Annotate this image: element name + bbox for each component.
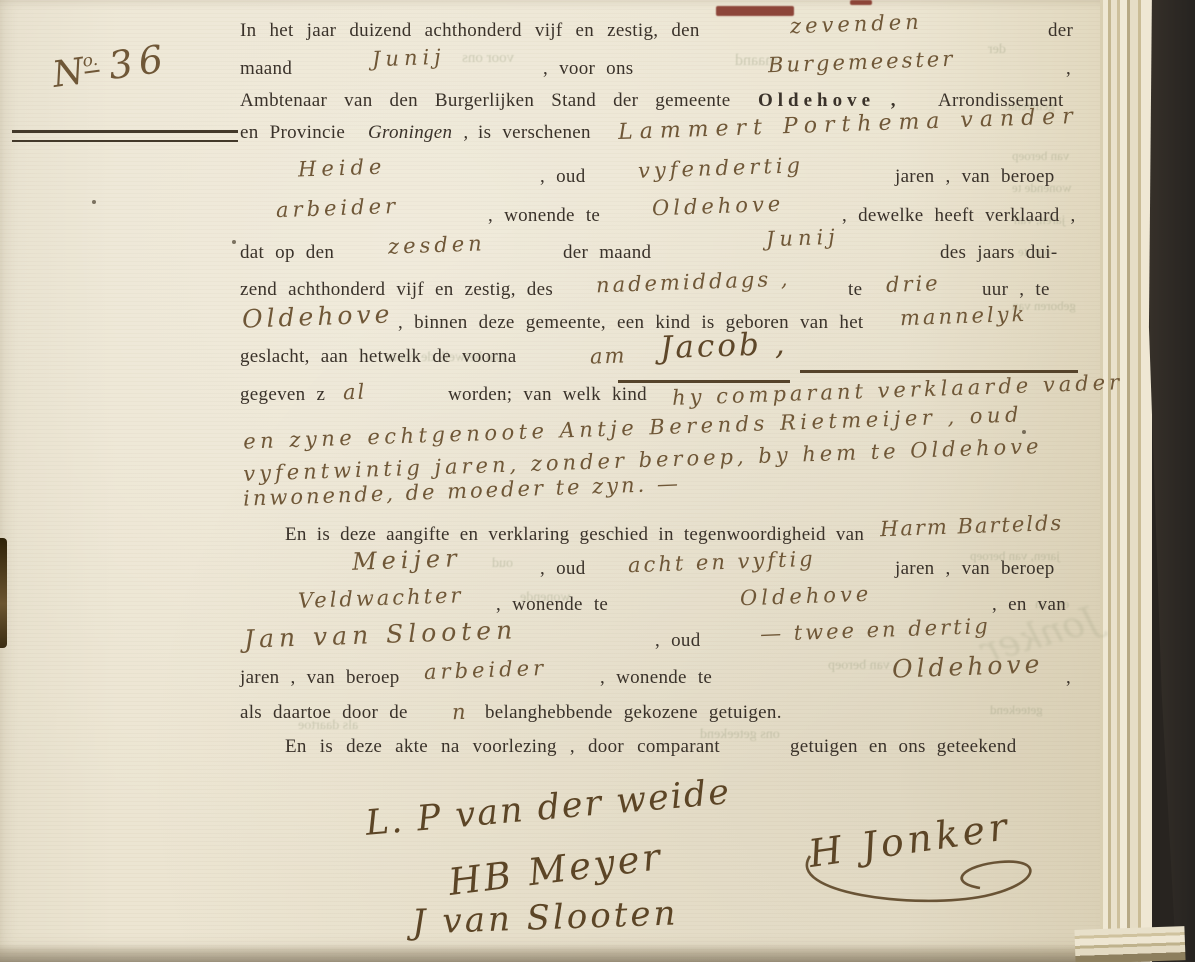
form-text: En is deze aangifte en verklaring geschi… xyxy=(285,524,864,546)
form-text: der xyxy=(1048,20,1073,42)
form-text: jaren , van beroep xyxy=(895,166,1055,188)
entry-declarant-surname: Heide xyxy=(298,154,387,181)
entry-birth-month: Junij xyxy=(766,225,840,252)
book-page-edges xyxy=(1100,0,1152,962)
form-text: dat op den xyxy=(240,242,334,264)
ink-speck xyxy=(1022,430,1026,434)
form-text: , oud xyxy=(655,630,701,652)
form-text: maand xyxy=(240,58,292,80)
entry-word-al: al xyxy=(343,380,367,405)
form-text: des jaars dui- xyxy=(940,242,1058,264)
entry-letter-n: n xyxy=(452,700,468,725)
form-text: Ambtenaar van den Burgerlijken Stand der… xyxy=(240,90,731,112)
signature-flourish xyxy=(795,848,1055,918)
red-ink-bleed-mark xyxy=(716,6,794,16)
form-text: , oud xyxy=(540,166,586,188)
form-text: jaren , van beroep xyxy=(240,667,400,689)
form-text: als daartoe door de xyxy=(240,702,408,724)
form-text: getuigen en ons geteekend xyxy=(790,736,1017,758)
entry-birth-place: Oldehove xyxy=(242,299,394,333)
form-text: , xyxy=(1066,667,1071,689)
bleedthrough-text: der xyxy=(988,42,1006,58)
form-text: , wonende te xyxy=(488,205,600,227)
entry-witness1-residence: Oldehove xyxy=(740,582,873,611)
form-text: , xyxy=(1066,58,1071,80)
scanned-birth-certificate: voor ons maand der gemeente van beroep w… xyxy=(0,0,1195,962)
red-ink-bleed-mark xyxy=(850,0,872,5)
left-edge-ribbon xyxy=(0,538,7,648)
form-text: worden; van welk kind xyxy=(448,384,647,406)
form-text: jaren , van beroep xyxy=(895,558,1055,580)
margin-double-rule xyxy=(12,130,238,142)
form-text: en Provincie xyxy=(240,122,345,144)
act-number-value: 36 xyxy=(106,36,172,88)
form-text: gegeven z xyxy=(240,384,325,406)
act-number-prefix: N xyxy=(50,51,87,96)
entry-day-of-registration: zevenden xyxy=(790,10,923,39)
bleedthrough-text: oud xyxy=(492,556,513,572)
form-text: der maand xyxy=(563,242,651,264)
form-text: zend achthonderd vijf en zestig, des xyxy=(240,279,553,301)
ink-speck xyxy=(92,200,96,204)
form-text: belanghebbende gekozene getuigen. xyxy=(485,702,782,724)
entry-child-gender: mannelyk xyxy=(900,302,1028,330)
form-text: , dewelke heeft verklaard , xyxy=(842,205,1076,227)
act-number-superscript: o. xyxy=(81,50,99,74)
form-text: , wonende te xyxy=(600,667,712,689)
page-bottom-crease xyxy=(0,944,1150,962)
entry-month-of-registration: Junij xyxy=(372,45,446,72)
bleedthrough-text: voor ons xyxy=(462,50,514,67)
entry-witness1-surname: Meijer xyxy=(352,544,462,576)
form-text: , oud xyxy=(540,558,586,580)
bleedthrough-text: van beroep xyxy=(828,658,890,674)
entry-witness2-residence: Oldehove xyxy=(892,649,1044,683)
entry-word-am: am xyxy=(590,343,627,368)
form-text: , voor ons xyxy=(543,58,633,80)
form-municipality-name: Oldehove , xyxy=(758,90,901,112)
form-text: In het jaar duizend achthonderd vijf en … xyxy=(240,20,700,42)
ink-speck xyxy=(232,240,236,244)
form-text: , wonende te xyxy=(496,594,608,616)
bleedthrough-text: geteekend xyxy=(990,702,1043,718)
form-text: uur , te xyxy=(982,279,1050,301)
entry-witness2-occupation: arbeider xyxy=(424,656,548,684)
form-province-name: Groningen , xyxy=(368,122,468,144)
form-text: En is deze akte na voorlezing , door com… xyxy=(285,736,720,758)
bleedthrough-text: van beroep xyxy=(1012,148,1069,164)
entry-birth-day: zesden xyxy=(388,231,486,258)
entry-birth-hour: drie xyxy=(886,271,941,297)
form-text: , binnen deze gemeente, een kind is gebo… xyxy=(398,312,864,334)
entry-child-name: Jacob , xyxy=(659,326,788,366)
form-text: te xyxy=(848,279,862,301)
entry-declarant-residence: Oldehove xyxy=(652,192,785,221)
dark-background xyxy=(1146,0,1195,962)
form-text: , en van xyxy=(992,594,1066,616)
page-corner-curl xyxy=(1074,926,1185,962)
form-text: geslacht, aan hetwelk de voorna xyxy=(240,346,517,368)
form-text: is verschenen xyxy=(478,122,591,144)
entry-declarant-occupation: arbeider xyxy=(276,194,400,222)
